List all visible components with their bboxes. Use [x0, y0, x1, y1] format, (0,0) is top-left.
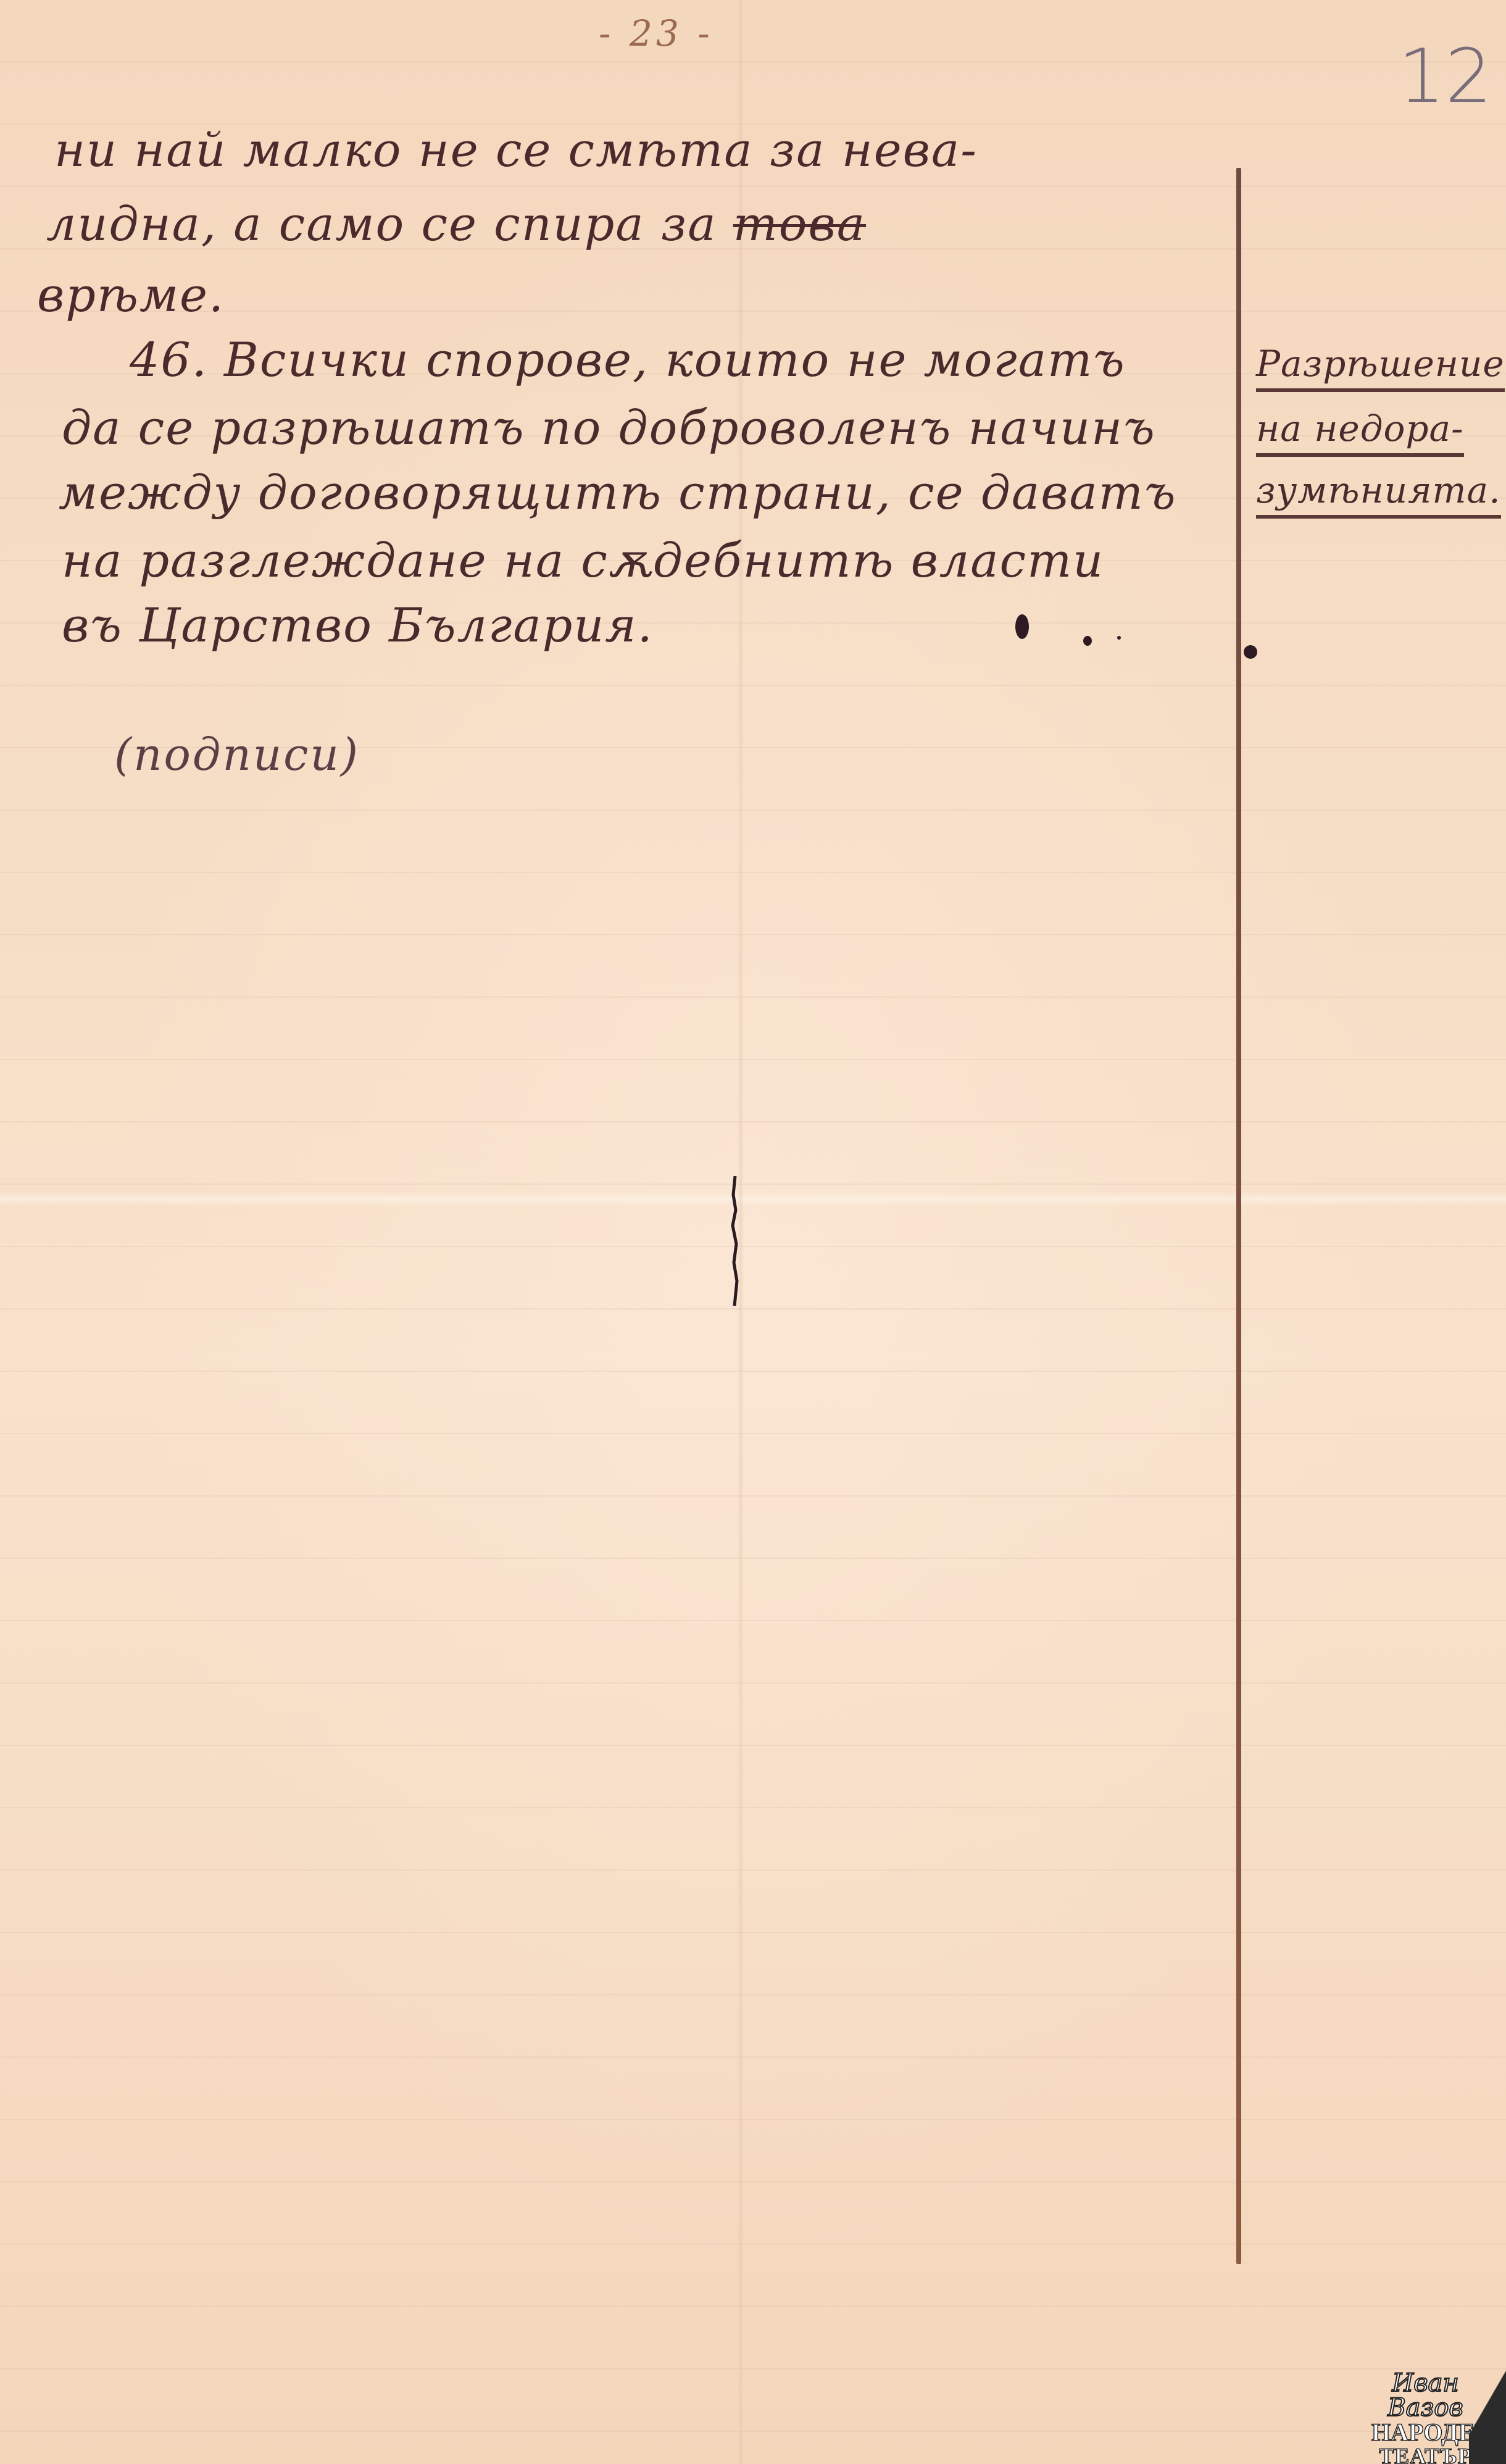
national-theatre-logo: Иван Вазов НАРОДЕН ТЕАТЪР: [1371, 2371, 1479, 2464]
ink-blot: [1244, 645, 1257, 659]
logo-line-2: ТЕАТЪР: [1371, 2445, 1479, 2464]
signatures-placeholder: (подписи): [114, 729, 360, 780]
page-number: - 23 -: [599, 12, 713, 54]
body-line-2: лидна, а само се спира за това: [46, 201, 866, 248]
paper-tear: [730, 1176, 740, 1306]
body-line-1: ни най малко не се смѣта за нева-: [54, 127, 978, 173]
folio-number: 12: [1398, 34, 1492, 120]
scan-corner-shadow: [1469, 2371, 1506, 2464]
margin-note-line-3: зумѣнията.: [1256, 469, 1501, 519]
ink-blot: [1083, 636, 1092, 646]
margin-rule: [1236, 168, 1241, 2264]
ink-blot: [1117, 636, 1121, 640]
ink-blot: [1015, 614, 1029, 639]
margin-note-line-2: на недора-: [1256, 407, 1464, 457]
body-line-5: да се разрѣшатъ по доброволенъ начинъ: [62, 404, 1156, 451]
struck-word: това: [733, 196, 866, 251]
body-line-3: врѣме.: [37, 272, 225, 319]
body-line-8: въ Царство България.: [62, 602, 654, 649]
logo-line-1: НАРОДЕН: [1371, 2420, 1479, 2445]
body-line-6: между договорящитѣ страни, се даватъ: [59, 469, 1177, 516]
body-line-2-text: лидна, а само се спира за: [46, 196, 733, 251]
body-line-4-article-46: 46. Всички спорове, които не могатъ: [130, 336, 1126, 383]
margin-note-line-1: Разрѣшение: [1256, 343, 1505, 392]
logo-script: Иван Вазов: [1371, 2371, 1479, 2420]
body-line-7: на разглеждане на сѫдебнитѣ власти: [62, 537, 1104, 584]
horizontal-fold: [0, 1192, 1506, 1206]
